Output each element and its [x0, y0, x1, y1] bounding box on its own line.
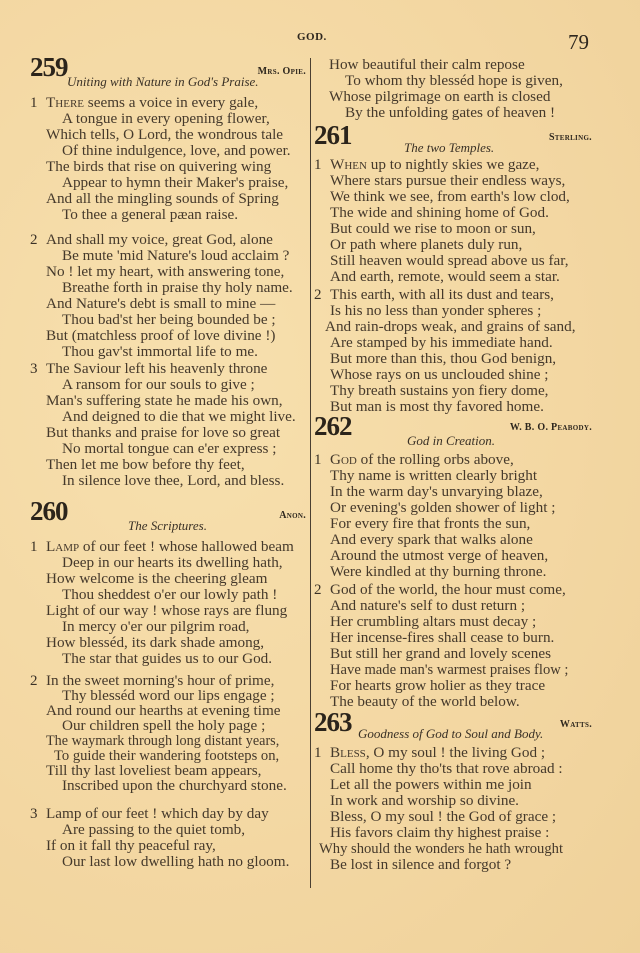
verse-line: No mortal tongue can e'er express ;	[62, 441, 276, 457]
verse-line: And rain-drops weak, and grains of sand,	[325, 319, 576, 335]
verse-line: Is his no less than yonder spheres ;	[330, 303, 541, 319]
verse-line: And shall my voice, great God, alone	[46, 232, 273, 248]
verse-line: How welcome is the cheering gleam	[46, 571, 267, 587]
verse-line: Deep in our hearts its dwelling hath,	[62, 555, 283, 571]
verse-line: Are stamped by his immediate hand.	[330, 335, 553, 351]
verse-line: Have made man's warmest praises flow ;	[330, 662, 569, 678]
hymn-title: God in Creation.	[407, 433, 495, 449]
verse-line: How beautiful their calm repose	[329, 57, 525, 73]
verse-line: The star that guides us to our God.	[62, 651, 272, 667]
verse-line: But (matchless proof of love divine !)	[46, 328, 275, 344]
verse-line: We think we see, from earth's low clod,	[330, 189, 570, 205]
hymn-title: The Scriptures.	[128, 518, 207, 534]
verse-number: 2	[314, 582, 322, 599]
verse-line: But thanks and praise for love so great	[46, 425, 280, 441]
verse-line: Are passing to the quiet tomb,	[62, 822, 245, 838]
verse-line: In mercy o'er our pilgrim road,	[62, 619, 249, 635]
verse-line: A tongue in every opening flower,	[62, 111, 270, 127]
hymn-number: 263	[314, 707, 352, 738]
verse-line: Let all the powers within me join	[330, 777, 532, 793]
verse-line: And all the mingling sounds of Spring	[46, 191, 279, 207]
verse-line: How blesséd, its dark shade among,	[46, 635, 264, 651]
verse-line: Where stars pursue their endless ways,	[330, 173, 565, 189]
verse-line: For every fire that fronts the sun,	[330, 516, 530, 532]
verse-line: Her crumbling altars must decay ;	[330, 614, 536, 630]
verse-line: To thee a general pæan raise.	[62, 207, 238, 223]
verse-line: Or evening's golden shower of light ;	[330, 500, 555, 516]
verse-line: When up to nightly skies we gaze,	[330, 157, 539, 173]
verse-line: Bless, O my soul ! the God of grace ;	[330, 809, 556, 825]
column-divider	[310, 668, 311, 888]
column-divider	[310, 58, 311, 668]
verse-line: But could we rise to moon or sun,	[330, 221, 536, 237]
verse-line: The wide and shining home of God.	[330, 205, 549, 221]
verse-line: And nature's self to dust return ;	[330, 598, 525, 614]
verse-line: Call home thy tho'ts that rove abroad :	[330, 761, 563, 777]
verse-line: Be lost in silence and forgot ?	[330, 857, 511, 873]
hymn-title: The two Temples.	[404, 140, 494, 156]
verse-line: Breathe forth in praise thy holy name.	[62, 280, 293, 296]
verse-line: Or path where planets duly run,	[330, 237, 522, 253]
verse-line: Lamp of our feet ! whose hallowed beam	[46, 539, 294, 555]
verse-line: Man's suffering state he made his own,	[46, 393, 283, 409]
verse-line: The waymark through long distant years,	[46, 733, 279, 749]
verse-line: Thy breath sustains yon fiery dome,	[330, 383, 548, 399]
verse-line: Bless, O my soul ! the living God ;	[330, 745, 545, 761]
verse-line: Lamp of our feet ! which day by day	[46, 806, 269, 822]
verse-number: 1	[30, 95, 38, 112]
verse-line: Why should the wonders he hath wrought	[319, 841, 563, 857]
verse-number: 3	[30, 361, 38, 378]
verse-line: Our children spell the holy page ;	[62, 718, 265, 734]
verse-line: In work and worship so divine.	[330, 793, 519, 809]
verse-line: God of the world, the hour must come,	[330, 582, 566, 598]
verse-line: No ! let my heart, with answering tone,	[46, 264, 284, 280]
verse-line: Whose pilgrimage on earth is closed	[329, 89, 550, 105]
verse-line: Thy name is written clearly bright	[330, 468, 537, 484]
verse-line: Thou bad'st her being bounded be ;	[62, 312, 276, 328]
hymn-number: 261	[314, 120, 352, 151]
verse-line: For hearts grow holier as they trace	[330, 678, 545, 694]
hymn-author: Watts.	[560, 719, 592, 730]
verse-number: 3	[30, 806, 38, 823]
verse-number: 2	[30, 673, 38, 690]
hymn-number: 259	[30, 52, 68, 83]
verse-line: And Nature's debt is small to mine —	[46, 296, 275, 312]
verse-line: Still heaven would spread above us far,	[330, 253, 569, 269]
verse-line: To whom thy blesséd hope is given,	[345, 73, 563, 89]
verse-line: Be mute 'mid Nature's loud acclaim ?	[62, 248, 289, 264]
verse-line: And deigned to die that we might live.	[62, 409, 296, 425]
verse-line: A ransom for our souls to give ;	[62, 377, 255, 393]
verse-line: The Saviour left his heavenly throne	[46, 361, 267, 377]
verse-line: Our last low dwelling hath no gloom.	[62, 854, 289, 870]
verse-line: Inscribed upon the churchyard stone.	[62, 778, 287, 794]
verse-number: 2	[314, 287, 322, 304]
hymn-author: W. B. O. Peabody.	[510, 422, 592, 433]
hymn-title: Uniting with Nature in God's Praise.	[67, 74, 259, 90]
hymnal-page: GOD. 79 259 Mrs. Opie. Uniting with Natu…	[0, 0, 640, 953]
verse-line: In the warm day's unvarying blaze,	[330, 484, 543, 500]
verse-line: Then let me bow before thy feet,	[46, 457, 245, 473]
hymn-author: Mrs. Opie.	[258, 66, 306, 77]
verse-line: If on it fall thy peaceful ray,	[46, 838, 216, 854]
verse-line: And every spark that walks alone	[330, 532, 533, 548]
verse-number: 1	[30, 539, 38, 556]
hymn-number: 262	[314, 411, 352, 442]
verse-line: Which tells, O Lord, the wondrous tale	[46, 127, 283, 143]
verse-line: Light of our way ! whose rays are flung	[46, 603, 287, 619]
verse-line: And earth, remote, would seem a star.	[330, 269, 560, 285]
verse-line: Appear to hymn their Maker's praise,	[62, 175, 288, 191]
verse-line: There seems a voice in every gale,	[46, 95, 258, 111]
hymn-title: Goodness of God to Soul and Body.	[358, 726, 543, 742]
hymn-author: Anon.	[279, 510, 306, 521]
page-number: 79	[568, 30, 589, 55]
verse-line: His favors claim thy highest praise :	[330, 825, 549, 841]
verse-line: God of the rolling orbs above,	[330, 452, 514, 468]
verse-number: 2	[30, 232, 38, 249]
verse-number: 1	[314, 452, 322, 469]
verse-line: But still her grand and lovely scenes	[330, 646, 551, 662]
running-head: GOD.	[297, 31, 327, 43]
verse-line: Whose rays on us unclouded shine ;	[330, 367, 549, 383]
verse-line: Thou sheddest o'er our lowly path !	[62, 587, 277, 603]
verse-line: Her incense-fires shall cease to burn.	[330, 630, 554, 646]
verse-line: Around the utmost verge of heaven,	[330, 548, 548, 564]
verse-line: Were kindled at thy burning throne.	[330, 564, 546, 580]
verse-line: But more than this, thou God benign,	[330, 351, 556, 367]
verse-number: 1	[314, 745, 322, 762]
verse-line: Thou gav'st immortal life to me.	[62, 344, 258, 360]
hymn-number: 260	[30, 496, 68, 527]
verse-line: The birds that rise on quivering wing	[46, 159, 271, 175]
verse-line: This earth, with all its dust and tears,	[330, 287, 554, 303]
verse-line: By the unfolding gates of heaven !	[345, 105, 555, 121]
verse-line: In silence love thee, Lord, and bless.	[62, 473, 284, 489]
verse-line: Of thine indulgence, love, and power.	[62, 143, 291, 159]
hymn-author: Sterling.	[549, 132, 592, 143]
verse-number: 1	[314, 157, 322, 174]
